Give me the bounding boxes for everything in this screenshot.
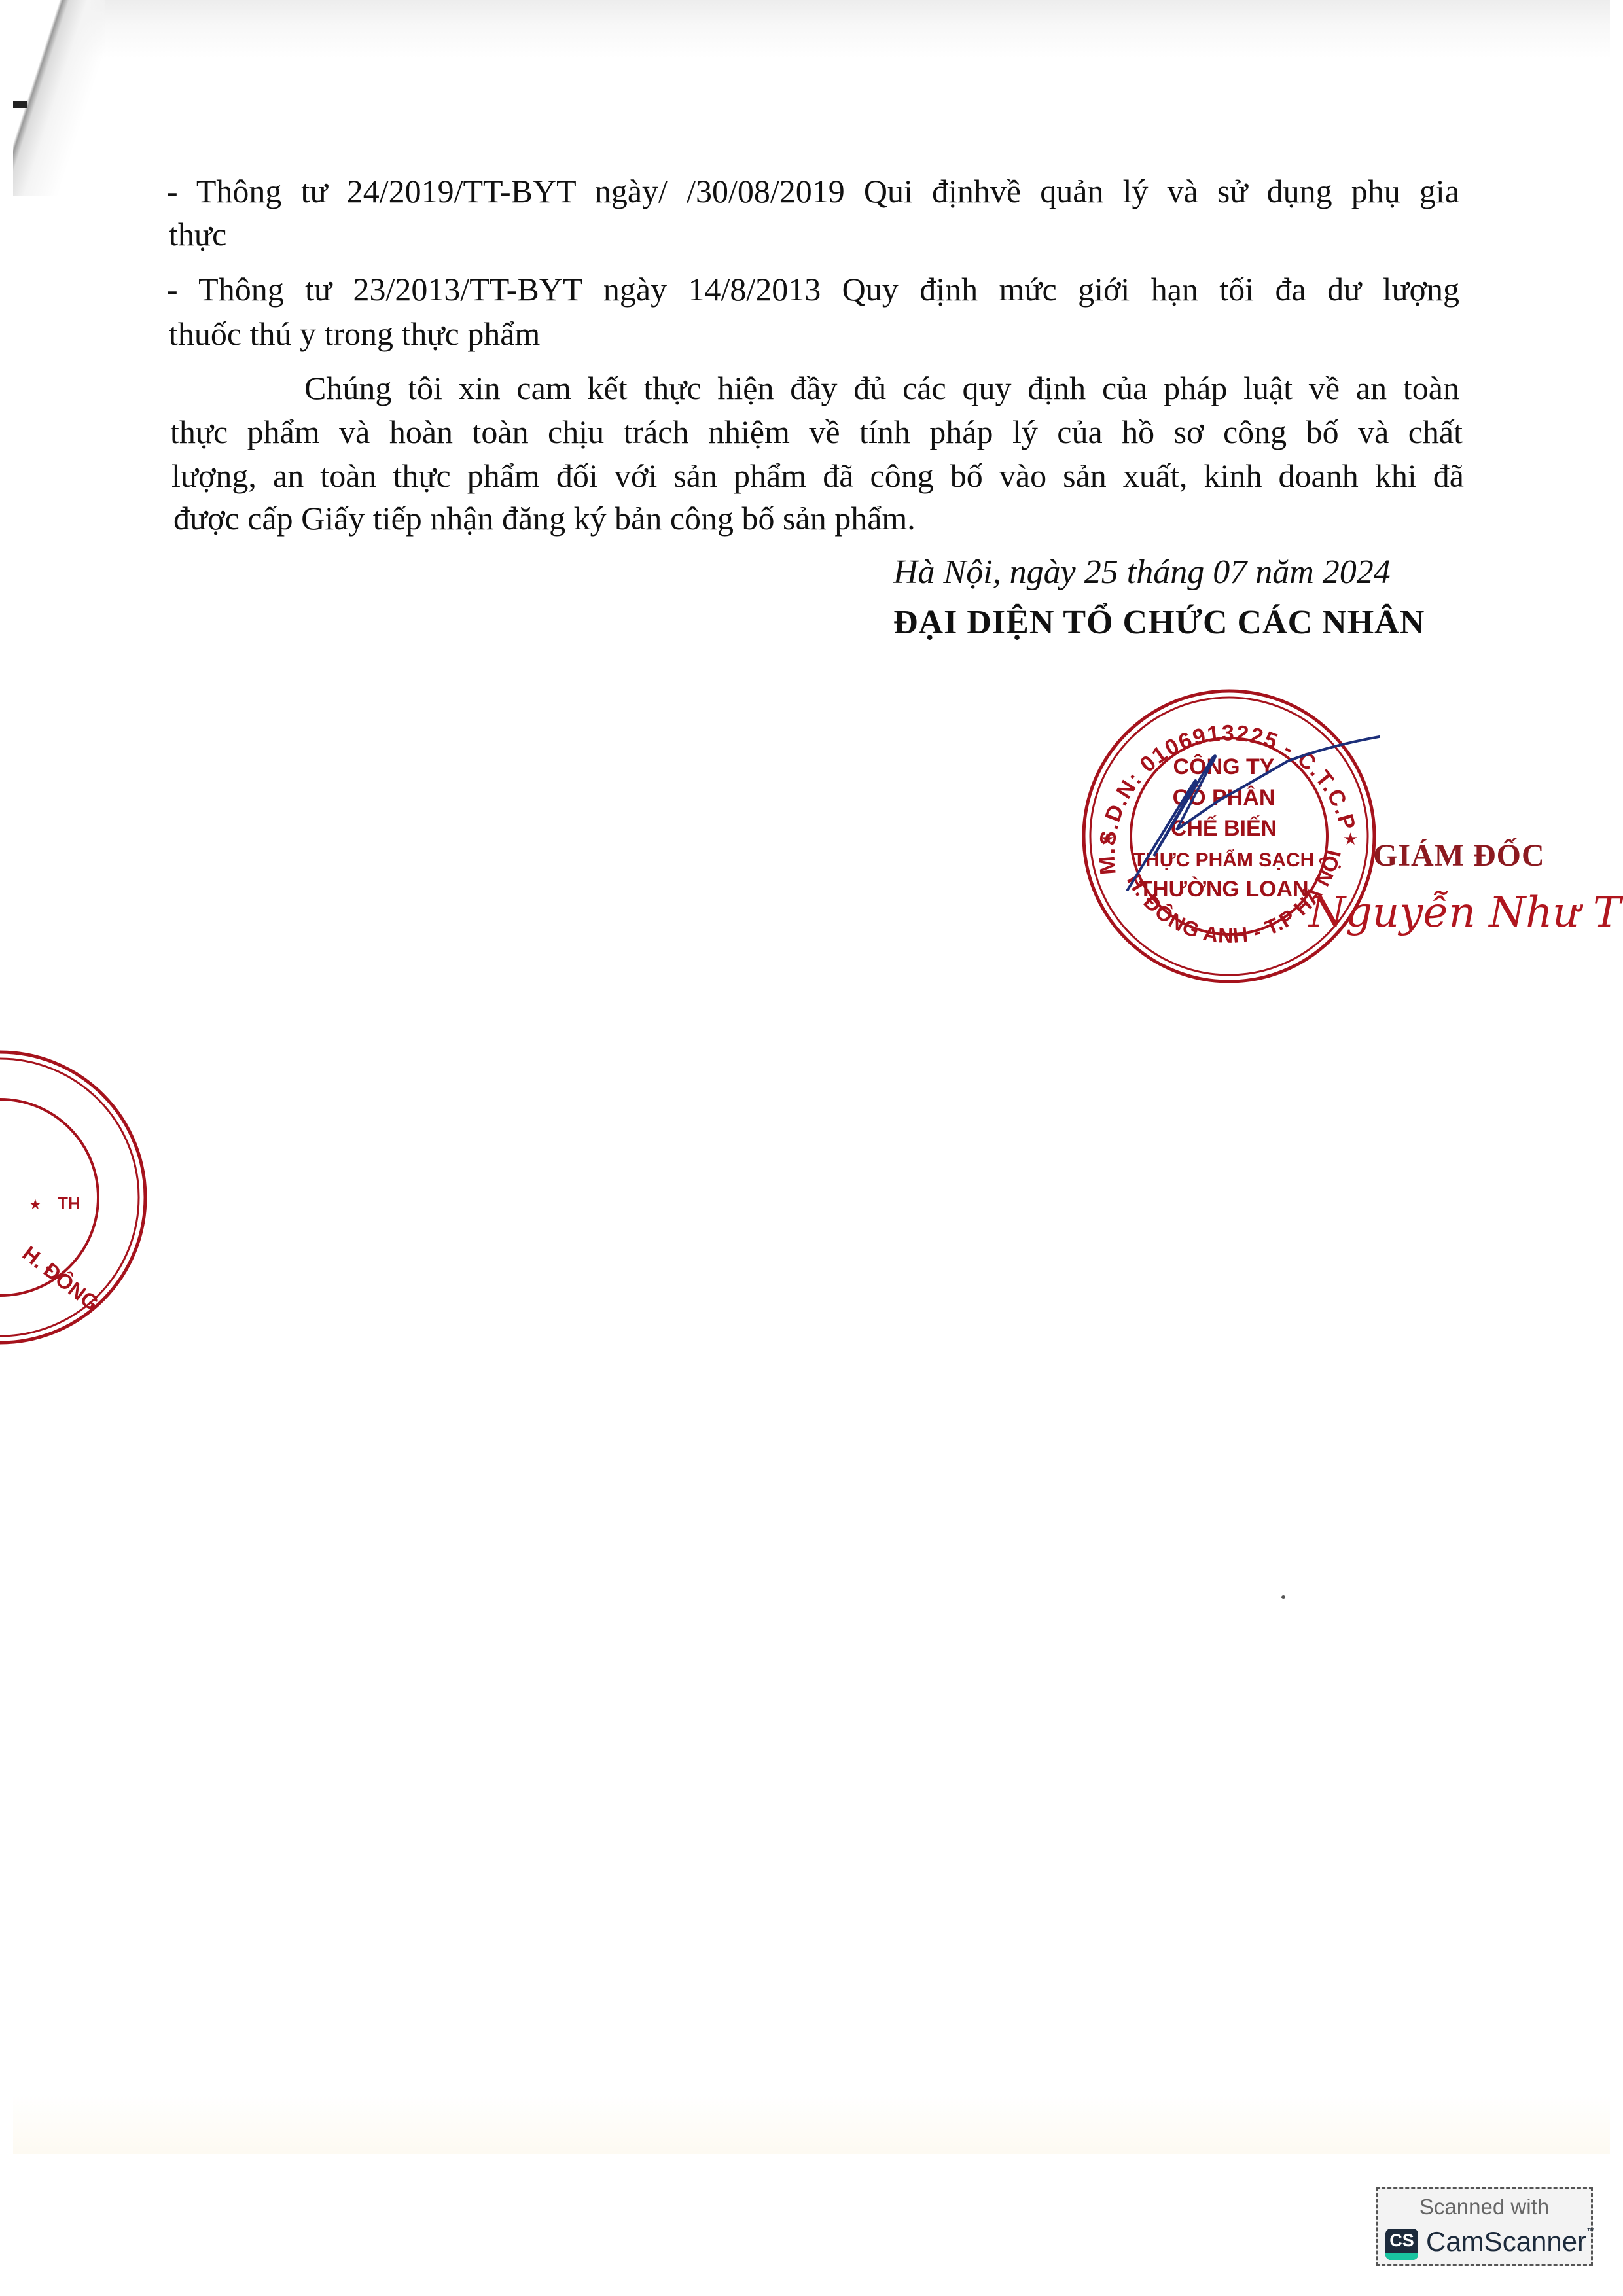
scan-speck xyxy=(1281,1595,1285,1599)
camscanner-logo-icon: CS xyxy=(1385,2229,1418,2260)
company-stamp: M.S.D.N: 0106913225 - C.T.C.P H. ĐÔNG AN… xyxy=(1079,686,1380,987)
watermark-brand: CamScanner™ xyxy=(1426,2226,1595,2257)
commitment-line-1: Chúng tôi xin cam kết thực hiện đầy đủ c… xyxy=(304,368,1459,408)
regulation-1-line-1: - Thông tư 24/2019/TT-BYT ngày/ /30/08/2… xyxy=(167,171,1459,211)
commitment-line-4: được cấp Giấy tiếp nhận đăng ký bản công… xyxy=(173,499,916,538)
trademark-symbol: ™ xyxy=(1586,2226,1595,2236)
watermark-caption: Scanned with xyxy=(1378,2195,1591,2219)
logo-text: CS xyxy=(1385,2231,1418,2251)
stamp-star-right-icon: ★ xyxy=(1343,830,1358,849)
commitment-line-2: thực phẩm và hoàn toàn chịu trách nhiệm … xyxy=(170,412,1463,451)
representative-heading: ĐẠI DIỆN TỔ CHỨC CÁC NHÂN xyxy=(893,603,1425,643)
commitment-line-3: lượng, an toàn thực phẩm đối với sản phẩ… xyxy=(171,456,1464,495)
stamp-star-left-icon: ★ xyxy=(1099,830,1115,849)
regulation-2-line-2: thuốc thú y trong thực phẩm xyxy=(169,314,540,353)
scan-artifact-mark xyxy=(13,101,27,108)
place-date: Hà Nội, ngày 25 tháng 07 năm 2024 xyxy=(893,553,1391,592)
stamp-line-1: CÔNG TY xyxy=(1173,754,1275,779)
stamp-line-5: THƯỜNG LOAN xyxy=(1139,877,1308,902)
regulation-1-line-2: thực xyxy=(169,215,226,254)
brand-name: CamScanner xyxy=(1426,2226,1586,2257)
regulation-2-line-1: - Thông tư 23/2013/TT-BYT ngày 14/8/2013… xyxy=(167,270,1459,309)
partial-stamp-center-text: TH xyxy=(58,1193,80,1213)
director-signature-name: Nguyễn Như Trung xyxy=(1309,889,1623,937)
partial-stamp-bottom-text: H. ĐÔNG xyxy=(18,1241,103,1315)
director-title: GIÁM ĐỐC xyxy=(1373,838,1545,874)
camscanner-watermark: Scanned with CS CamScanner™ xyxy=(1376,2187,1593,2266)
stamp-line-3: CHẾ BIẾN xyxy=(1171,816,1277,841)
partial-stamp-left: M.S.D.N: ( H. ĐÔNG TH ★ xyxy=(0,1047,151,1348)
partial-stamp-star-icon: ★ xyxy=(29,1196,42,1212)
stamp-line-4: THỰC PHẨM SẠCH xyxy=(1133,849,1315,871)
scan-edge-shadow xyxy=(13,0,105,196)
